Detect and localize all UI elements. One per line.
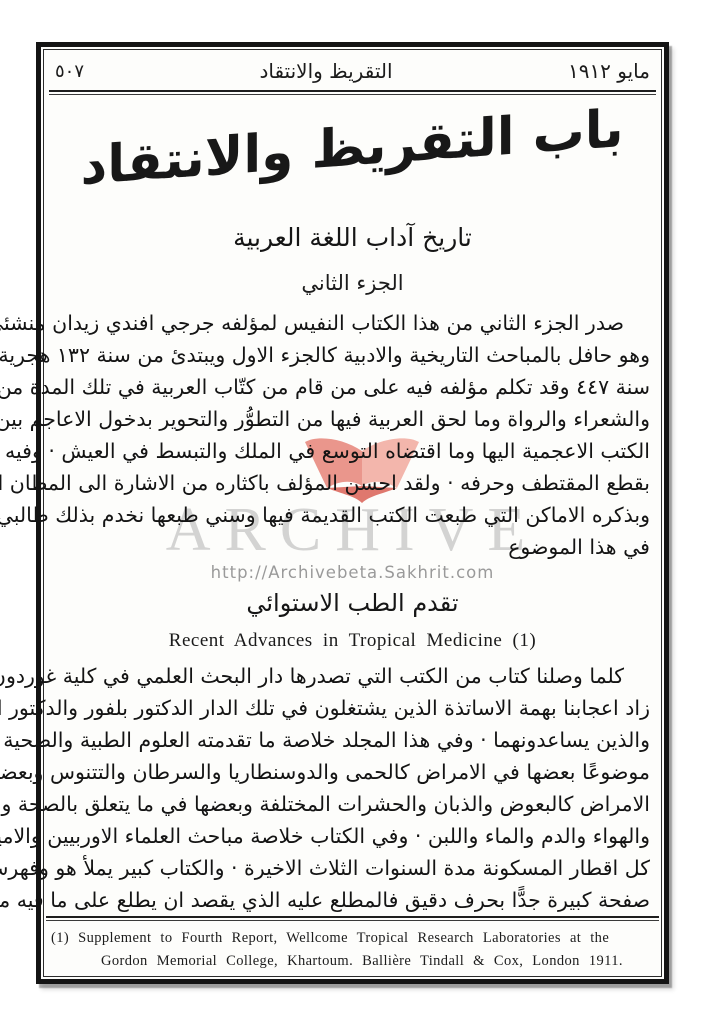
article1-part-subtitle: الجزء الثاني (41, 271, 664, 295)
footnote: (1) Supplement to Fourth Report, Wellcom… (51, 927, 656, 973)
calligraphy-text: باب التقريظ والانتقاد (81, 88, 624, 209)
text-line: والذين يساعدونهما · وفي هذا المجلد خلاصة… (55, 724, 650, 756)
article2-title-english: Recent Advances in Tropical Medicine (1) (41, 630, 664, 652)
scanned-magazine-page: ٥٠٧ التقريظ والانتقاد مايو ١٩١٢ باب التق… (0, 0, 704, 1020)
text-line: الكتب الاعجمية اليها وما اقتضاه التوسع ف… (55, 435, 650, 467)
text-line: سنة ٤٤٧ وقد تكلم مؤلفه فيه على من قام من… (55, 371, 650, 403)
page-number: ٥٠٧ (55, 61, 84, 82)
issue-date: مايو ١٩١٢ (568, 59, 650, 83)
running-header: ٥٠٧ التقريظ والانتقاد مايو ١٩١٢ (55, 56, 650, 86)
footnote-line: Gordon Memorial College, Khartoum. Balli… (51, 950, 656, 973)
text-line: صفحة كبيرة جدًّا بحرف دقيق فالمطلع عليه … (55, 884, 650, 916)
text-line: موضوعًا بعضها في الامراض كالحمى والدوسنط… (55, 756, 650, 788)
article1-title: تاريخ آداب اللغة العربية (41, 223, 664, 252)
article2-title-arabic: تقدم الطب الاستوائي (41, 589, 664, 617)
text-line: كل اقطار المسكونة مدة السنوات الثلاث الا… (55, 852, 650, 884)
calligraphy-banner: باب التقريظ والانتقاد (41, 107, 664, 190)
text-line: والشعراء والرواة وما لحق العربية فيها من… (55, 403, 650, 435)
watermark-url-text: http://Archivebeta.Sakhrit.com (41, 563, 664, 582)
page-border-frame: ٥٠٧ التقريظ والانتقاد مايو ١٩١٢ باب التق… (36, 42, 669, 984)
text-line: صدر الجزء الثاني من هذا الكتاب النفيس لم… (55, 307, 650, 339)
text-line: زاد اعجابنا بهمة الاساتذة الذين يشتغلون … (55, 692, 650, 724)
footnote-divider-rule (46, 916, 659, 921)
text-line: وهو حافل بالمباحث التاريخية والادبية كال… (55, 339, 650, 371)
section-title: التقريظ والانتقاد (259, 59, 392, 83)
text-line: بقطع المقتطف وحرفه · ولقد احسن المؤلف با… (55, 467, 650, 499)
text-line: كلما وصلنا كتاب من الكتب التي تصدرها دار… (55, 660, 650, 692)
text-line: الامراض كالبعوض والذبان والحشرات المختلف… (55, 788, 650, 820)
article1-body: صدر الجزء الثاني من هذا الكتاب النفيس لم… (55, 307, 650, 563)
text-line: والهواء والدم والماء واللبن · وفي الكتاب… (55, 820, 650, 852)
article2-body: كلما وصلنا كتاب من الكتب التي تصدرها دار… (55, 660, 650, 916)
text-line: في هذا الموضوع (55, 531, 650, 563)
footnote-line: (1) Supplement to Fourth Report, Wellcom… (51, 927, 656, 950)
text-line: وبذكره الاماكن التي طبعت الكتب القديمة ف… (55, 499, 650, 531)
